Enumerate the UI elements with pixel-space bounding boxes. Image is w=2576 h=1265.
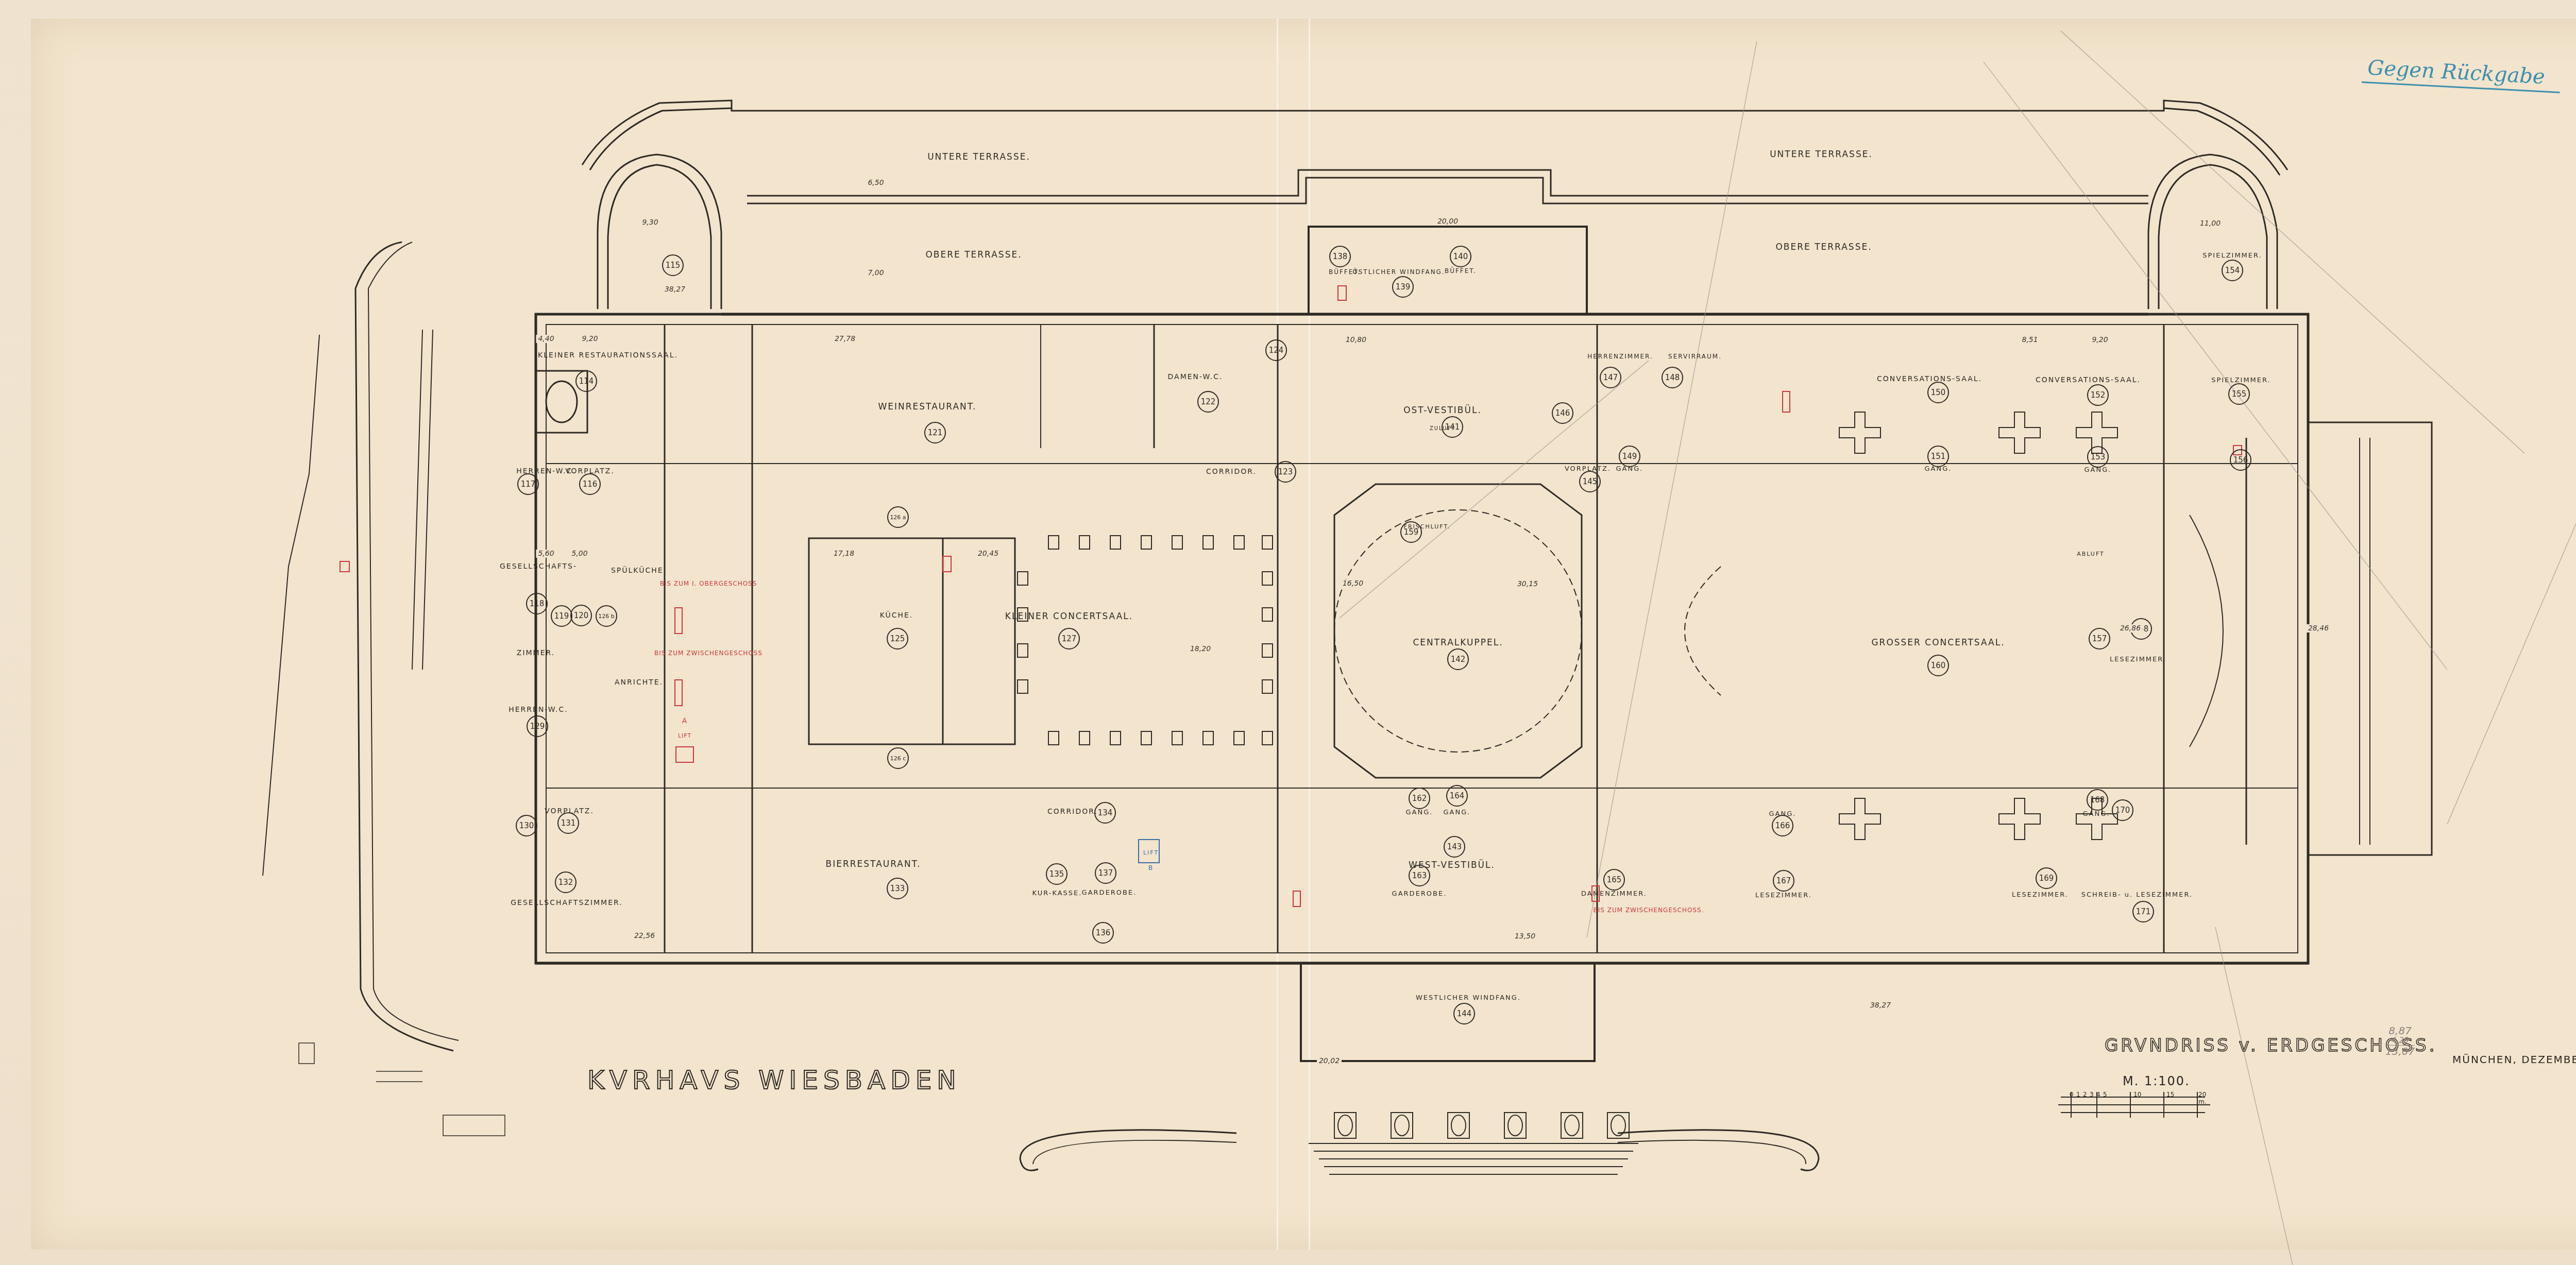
room-number: 156 [2230,449,2251,471]
terrace-outer-rail [582,100,2287,170]
room-number: 164 [1446,785,1468,807]
label-obere-terrasse-right: OBERE TERRASSE. [1775,242,1872,252]
room-number: 116 [579,473,601,495]
room-number: 121 [924,422,946,443]
room-label: GARDEROBE. [1392,890,1447,898]
room-number: 145 [1579,471,1601,492]
dimension: 17,18 [832,550,856,558]
room-number: 127 [1058,628,1080,649]
red-note: BIS ZUM ZWISCHENGESCHOSS. [1594,907,1704,914]
abluft-label: ABLUFT [2077,551,2105,557]
room-label: LESEZIMMER. [1755,892,1812,899]
room-number: 131 [557,812,579,834]
red-note: BIS ZUM ZWISCHENGESCHOSS [654,649,762,657]
room-number: 134 [1094,802,1116,824]
central-dome-octagon [1334,484,1582,778]
terrace-inner-rail [747,170,2148,196]
dimension: 4,40 [536,335,556,343]
room-label: WESTLICHER WINDFANG. [1416,994,1521,1002]
room-label: KLEINER CONCERTSAAL. [1005,611,1133,622]
dimension: 6,50 [866,179,886,187]
room-number: 126 c [887,747,909,769]
lift-b-letter: B [1148,864,1154,871]
room-number: 143 [1444,836,1465,858]
room-number: 130 [516,815,537,836]
dimension: 26,86 [2118,624,2143,632]
room-number: 118 [526,593,548,614]
scale-label: M. 1:100. [2123,1074,2190,1088]
dimension: 38,27 [663,285,687,294]
room-number: 148 [1662,367,1683,388]
place-date: MÜNCHEN, DEZEMBER 1905. [2452,1053,2576,1066]
kitchen-block [809,538,1015,744]
room-label: HERRENZIMMER. [1587,353,1653,360]
room-number: 163 [1409,865,1430,886]
room-number: 138 [1329,246,1351,267]
room-number: 166 [1772,815,1793,836]
room-number: 120 [570,605,592,626]
dimension: 5,00 [569,550,589,558]
room-label: GANG. [1406,809,1433,816]
room-number: 129 [527,715,548,737]
dimension: 38,27 [1868,1001,1893,1010]
room-label: DAMENZIMMER. [1581,890,1647,898]
label-obere-terrasse-left: OBERE TERRASSE. [925,250,1022,260]
room-number: 135 [1046,863,1067,885]
room-label: LESEZIMMER. [2012,891,2069,899]
room-number: 136 [1092,922,1114,944]
room-label: SCHREIB- u. LESEZIMMER. [2081,891,2193,899]
zuluft-label: ZULUFT [1430,426,1455,432]
column-row [1018,536,1273,745]
scale-bar-ticks: 0 1 2 3 4 5 10 15 20 m. [2058,1091,2213,1117]
dimension: 20,00 [1435,217,1460,226]
room-label: OST-VESTIBÜL. [1403,405,1482,416]
left-apse [598,155,721,309]
dimension: 22,56 [632,932,657,940]
room-number: 132 [555,871,577,893]
room-number: 139 [1392,276,1414,298]
room-number: 144 [1453,1003,1475,1024]
dimension: 8,51 [2020,336,2040,344]
room-number: 126 a [887,506,909,528]
room-number: 170 [2112,799,2133,821]
room-number: 150 [1927,382,1949,403]
room-label: WEINRESTAURANT. [878,402,976,412]
room-label: CORRIDOR. [1047,808,1098,816]
room-label: SPIELZIMMER. [2202,252,2262,260]
room-label: GANG. [1444,809,1471,816]
dimension: 16,50 [1341,579,1365,588]
front-colonnade [1334,1113,1629,1138]
room-label: DAMEN-W.C. [1168,373,1223,381]
room-number: 157 [2089,628,2110,649]
room-label: CORRIDOR. [1206,468,1257,476]
room-number: 117 [517,473,539,495]
room-label: GESELLSCHAFTS- [500,562,577,571]
room-number: 165 [1603,869,1625,891]
room-label: ÖSTLICHER WINDFANG. [1352,268,1445,276]
room-number: 159 [1400,521,1422,543]
room-label: SERVIRRAUM. [1668,353,1722,360]
room-number: 137 [1095,862,1116,884]
left-ramp [355,242,453,1051]
drawing-title: KVRHAVS WIESBADEN [587,1065,961,1095]
room-number: 151 [1927,446,1949,467]
room-number: 155 [2228,383,2250,405]
room-number: 119 [551,605,572,627]
room-number: 171 [2132,901,2154,922]
room-number: 169 [2036,867,2057,889]
room-label: SPÜLKÜCHE. [611,567,667,575]
room-label: BIERRESTAURANT. [826,859,921,869]
right-apse [2148,155,2277,309]
central-dome-circle [1334,510,1582,752]
dimension: 13,50 [1513,932,1537,941]
room-label: GANG. [2083,810,2110,818]
room-number: 153 [2087,446,2109,468]
room-number: 122 [1197,391,1219,413]
lift-b-label: LIFT [1143,849,1159,856]
dimension: 10,80 [1344,336,1368,344]
room-number: 123 [1275,461,1296,483]
room-label: GROSSER CONCERTSAAL. [1871,638,2005,648]
red-note: BIS ZUM I. OBERGESCHOSS [660,580,757,587]
room-number: 125 [887,628,908,649]
dimension: 9,20 [2090,336,2110,344]
room-label: ANRICHTE. [615,678,663,687]
front-ramp [1020,1130,1236,1171]
room-number: 147 [1600,367,1621,388]
label-untere-terrasse-left: UNTERE TERRASSE. [927,152,1030,162]
dimension: 11,00 [2198,219,2223,228]
room-label: HERREN-W.C. [509,706,568,714]
room-label: GESELLSCHAFTSZIMMER. [511,899,622,907]
room-label: LESEZIMMER. [2110,656,2166,663]
label-untere-terrasse-right: UNTERE TERRASSE. [1770,149,1873,160]
room-number: 168 [2087,789,2108,811]
dimension: 18,20 [1188,645,1213,653]
room-label: BÜFFET. [1445,267,1477,275]
room-number: 126 b [596,605,617,627]
pencil-calculation: 8,87 4,20 13,07 [2385,1025,2415,1057]
cruciform-pillars [1839,412,2117,840]
room-label: GARDEROBE. [1082,889,1137,897]
dimension: 27,78 [833,335,857,343]
dimension: 20,45 [976,550,1001,558]
room-label: SPIELZIMMER. [2211,377,2270,384]
room-label: CONVERSATIONS-SAAL. [2036,376,2141,384]
room-number: 160 [1927,655,1949,676]
dimension: 30,15 [1515,580,1540,588]
dimension: 9,20 [580,335,600,343]
room-number: 114 [575,370,597,392]
lift-a-label: LIFT [678,732,691,739]
room-label: CENTRALKUPPEL. [1413,638,1503,648]
dimension: 7,00 [866,269,886,277]
pencil-construction-lines [1340,31,2576,1265]
room-number: 133 [887,878,908,899]
dimension: 28,46 [2306,624,2331,632]
room-number: 149 [1619,446,1640,467]
room-label: ZIMMER. [517,649,555,657]
room-number: 140 [1450,246,1471,267]
dimension: 9,30 [640,218,660,227]
room-number: 115 [662,254,684,276]
room-number: 142 [1447,648,1469,670]
room-label: KUR-KASSE. [1032,890,1082,897]
room-number: 154 [2222,260,2243,281]
room-number: 162 [1409,788,1430,809]
room-number: 152 [2087,384,2109,406]
dimension: 5,60 [536,550,556,558]
room-number: 167 [1773,870,1794,892]
room-label: KLEINER RESTAURATIONSSAAL. [538,351,678,360]
lift-a-letter: A [682,717,688,725]
west-windfang-wing [1301,963,1595,1061]
room-number: 146 [1552,402,1573,424]
room-label: CONVERSATIONS-SAAL. [1877,375,1982,383]
room-number: 124 [1265,339,1287,361]
room-label: KÜCHE. [880,611,913,620]
dimension: 20,02 [1317,1057,1342,1065]
